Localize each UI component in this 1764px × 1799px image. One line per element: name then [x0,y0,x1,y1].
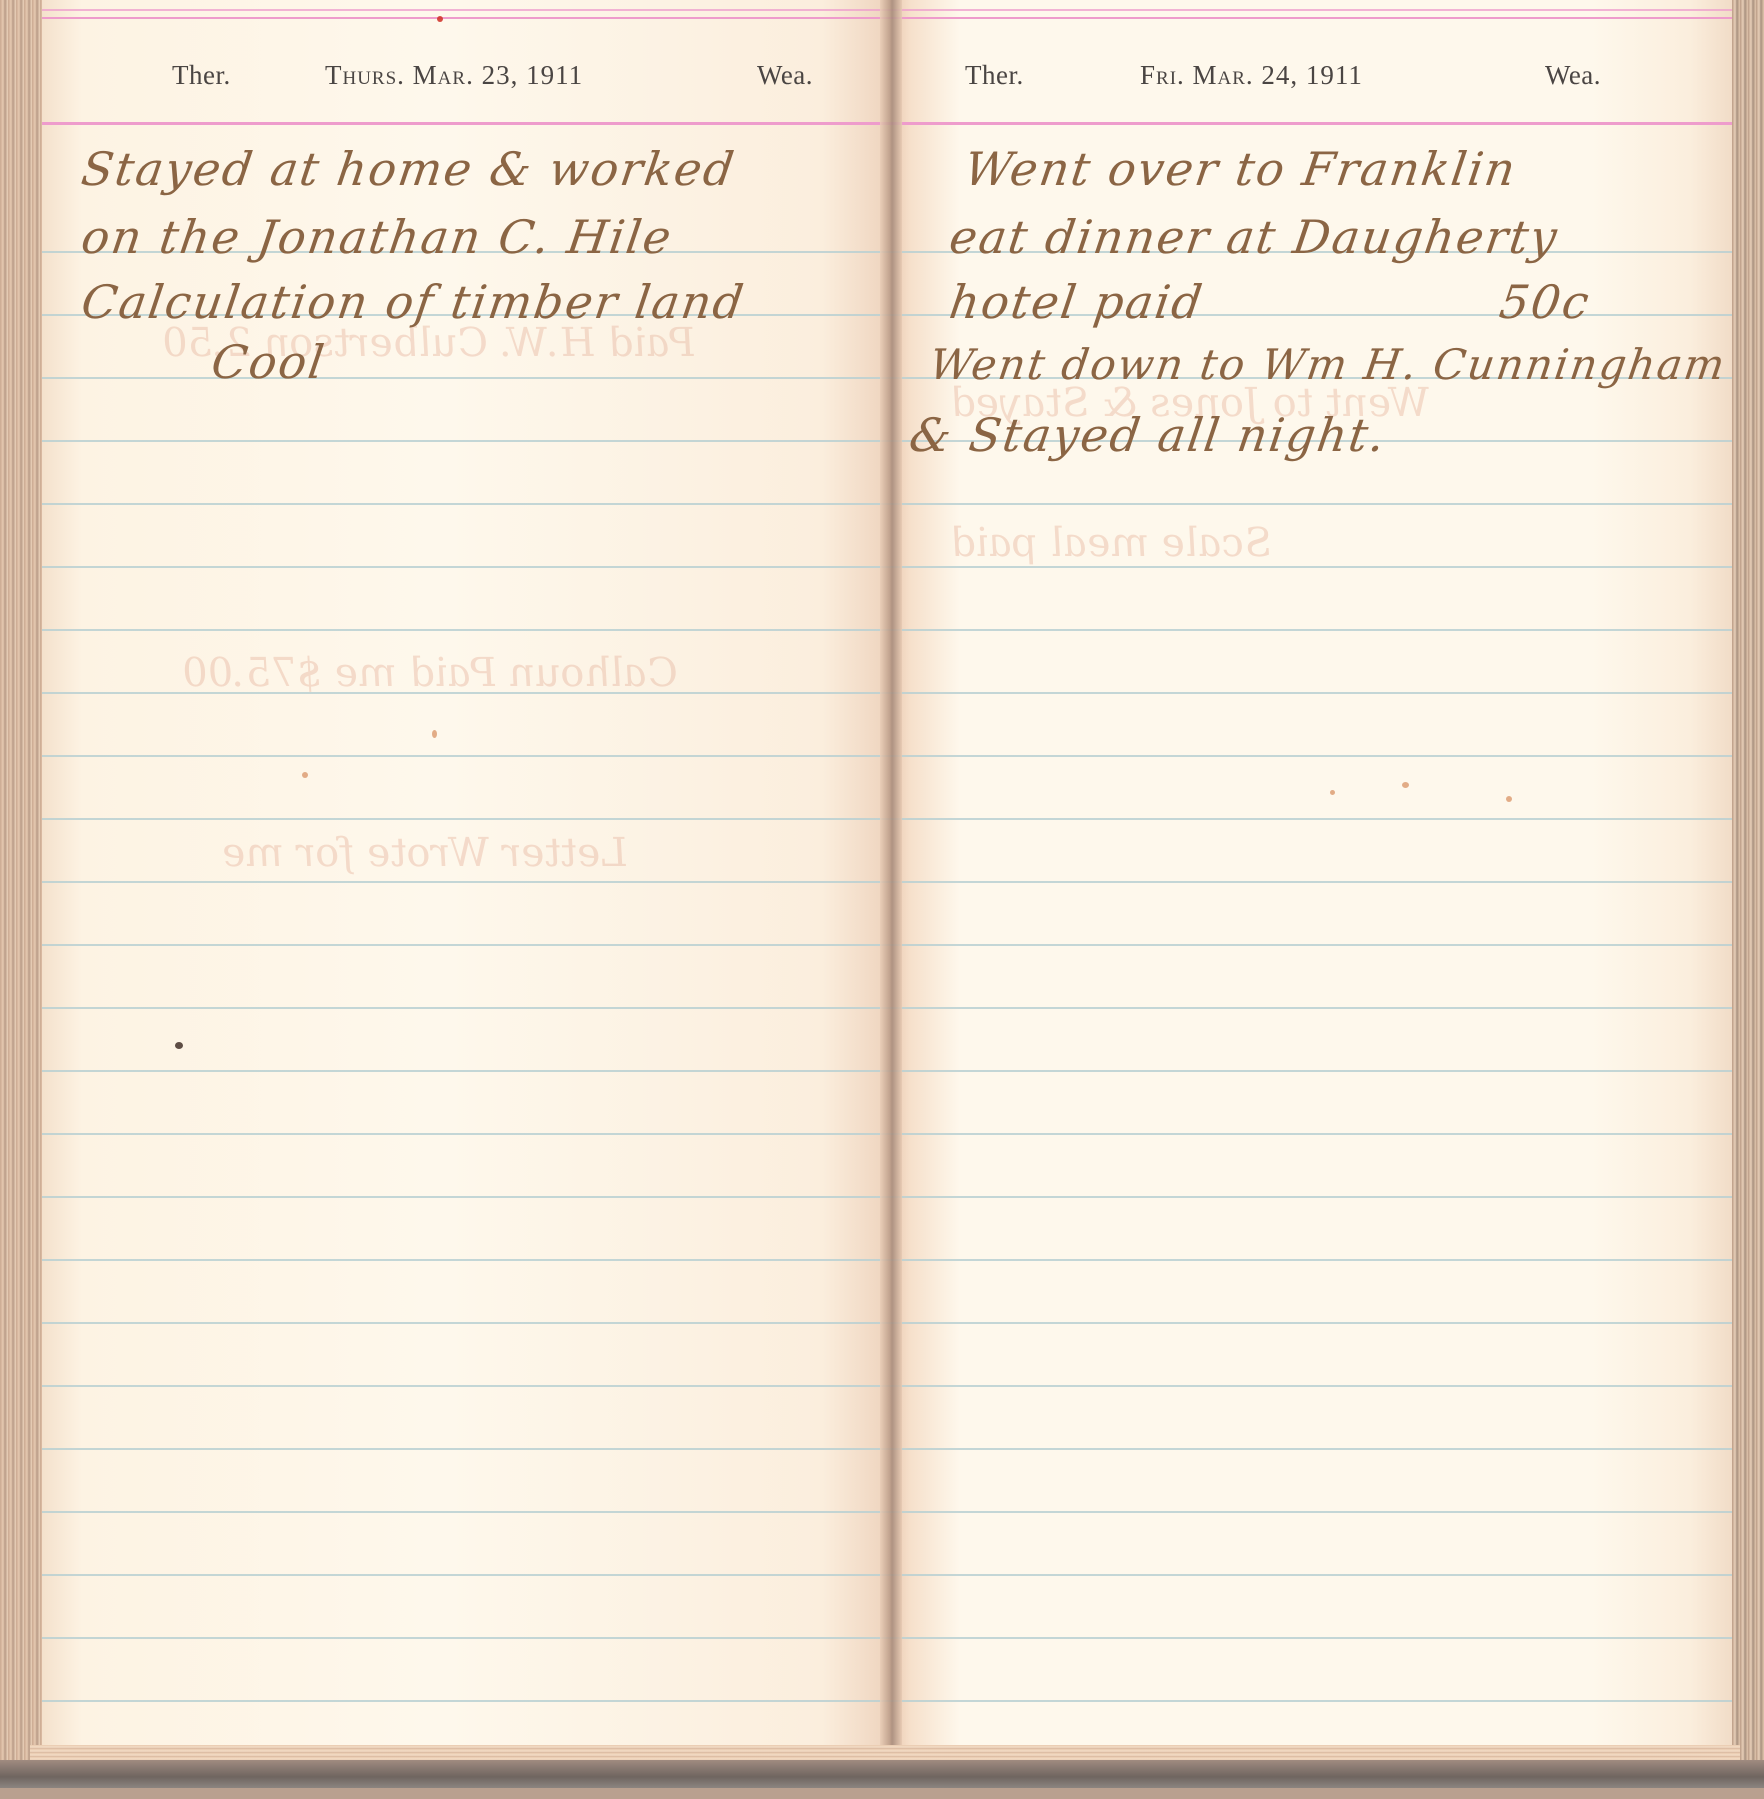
page-date: Thurs. Mar. 23, 1911 [325,60,583,91]
entry-line: Went over to Franklin [961,142,1520,196]
entry-line: eat dinner at Daugherty [946,210,1562,264]
top-rule [42,9,890,11]
right-page: Ther. Fri. Mar. 24, 1911 Wea. Went to Jo… [890,0,1732,1745]
right-page-header: Ther. Fri. Mar. 24, 1911 Wea. [890,60,1732,100]
book-cover-edge [0,1760,1764,1788]
left-page-header: Ther. Thurs. Mar. 23, 1911 Wea. [42,60,890,100]
weather-note: Cool [208,335,329,389]
page-edges-right [1732,0,1764,1770]
top-rule [42,17,890,19]
page-date: Fri. Mar. 24, 1911 [1140,60,1363,91]
book-gutter [880,0,902,1745]
thermometer-label: Ther. [172,60,231,91]
foxing-spot [432,730,437,738]
foxing-spot [302,772,308,778]
header-rule [42,122,890,125]
bleed-through-text: Calhoun Paid me $75.00 [179,650,681,696]
red-mark [437,16,443,22]
entry-line: & Stayed all night. [906,408,1390,462]
foxing-spot [1506,796,1512,802]
entry-line: hotel paid [946,275,1207,329]
bleed-through-text: Scale meal paid [947,520,1275,566]
header-rule [890,122,1732,125]
top-rule [890,9,1732,11]
ink-spot [175,1042,183,1049]
page-edges-left [0,0,42,1770]
weather-label: Wea. [757,60,813,91]
left-page: Ther. Thurs. Mar. 23, 1911 Wea. Paid H.W… [42,0,890,1745]
expense-amount: 50c [1496,275,1594,329]
thermometer-label: Ther. [965,60,1024,91]
book-background: Ther. Thurs. Mar. 23, 1911 Wea. Paid H.W… [0,0,1764,1799]
entry-line: Went down to Wm H. Cunningham [927,340,1730,389]
foxing-spot [1330,790,1335,795]
entry-line: Calculation of timber land [78,275,748,329]
top-rule [890,17,1732,19]
entry-line: Stayed at home & worked [78,142,739,196]
entry-line: on the Jonathan C. Hile [78,210,676,264]
foxing-spot [1402,782,1409,788]
bleed-through-text: Letter Wrote for me [219,830,631,876]
weather-label: Wea. [1545,60,1601,91]
ruled-lines [42,190,890,1730]
